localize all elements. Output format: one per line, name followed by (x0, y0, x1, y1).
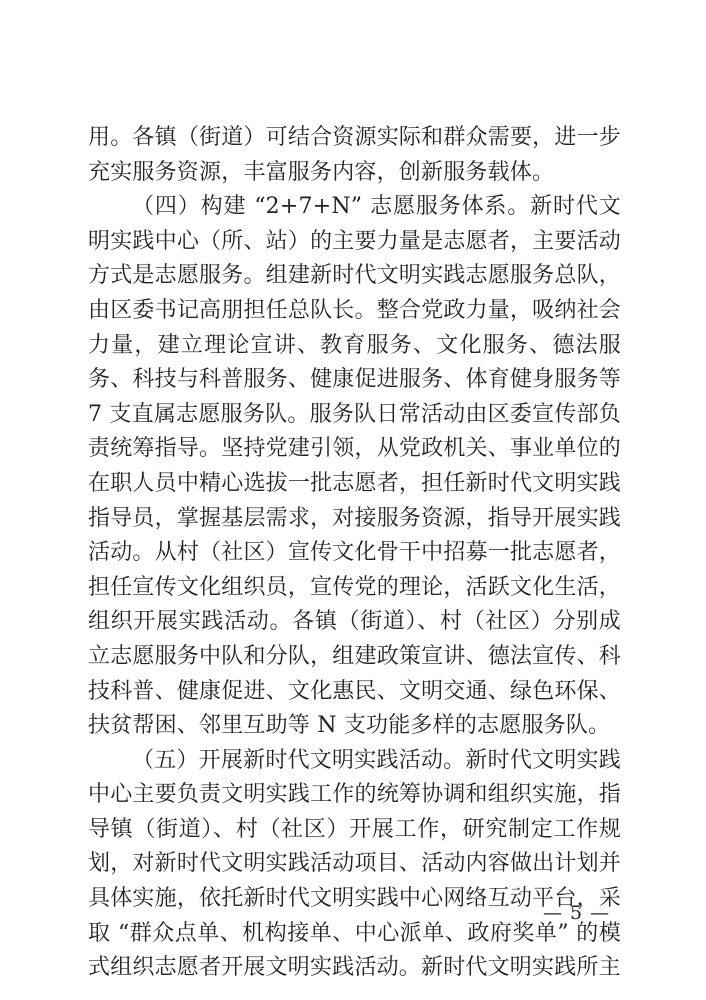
paragraph-section-4: （四）构建 “2+7+N” 志愿服务体系。新时代文明实践中心（所、站）的主要力量… (88, 190, 621, 744)
paragraph-section-5: （五）开展新时代文明实践活动。新时代文明实践中心主要负责文明实践工作的统筹协调和… (88, 744, 621, 986)
paragraph-text: 新时代文明实践中心主要负责文明实践工作的统筹协调和组织实施，指导镇（街道）、村（… (88, 748, 621, 981)
document-page: 用。各镇（街道）可结合资源实际和群众需要，进一步充实服务资源，丰富服务内容，创新… (0, 0, 706, 1000)
paragraph-text: 用。各镇（街道）可结合资源实际和群众需要，进一步充实服务资源，丰富服务内容，创新… (88, 125, 621, 185)
section-5-heading: （五）开展新时代文明实践活动。 (132, 748, 465, 773)
document-body: 用。各镇（街道）可结合资源实际和群众需要，进一步充实服务资源，丰富服务内容，创新… (88, 121, 621, 986)
paragraph-text: 新时代文明实践中心（所、站）的主要力量是志愿者，主要活动方式是志愿服务。组建新时… (88, 194, 621, 738)
section-4-heading: （四）构建 “2+7+N” 志愿服务体系。 (132, 194, 530, 219)
paragraph-continuation: 用。各镇（街道）可结合资源实际和群众需要，进一步充实服务资源，丰富服务内容，创新… (88, 121, 621, 190)
page-number: — 5 — (543, 901, 610, 925)
